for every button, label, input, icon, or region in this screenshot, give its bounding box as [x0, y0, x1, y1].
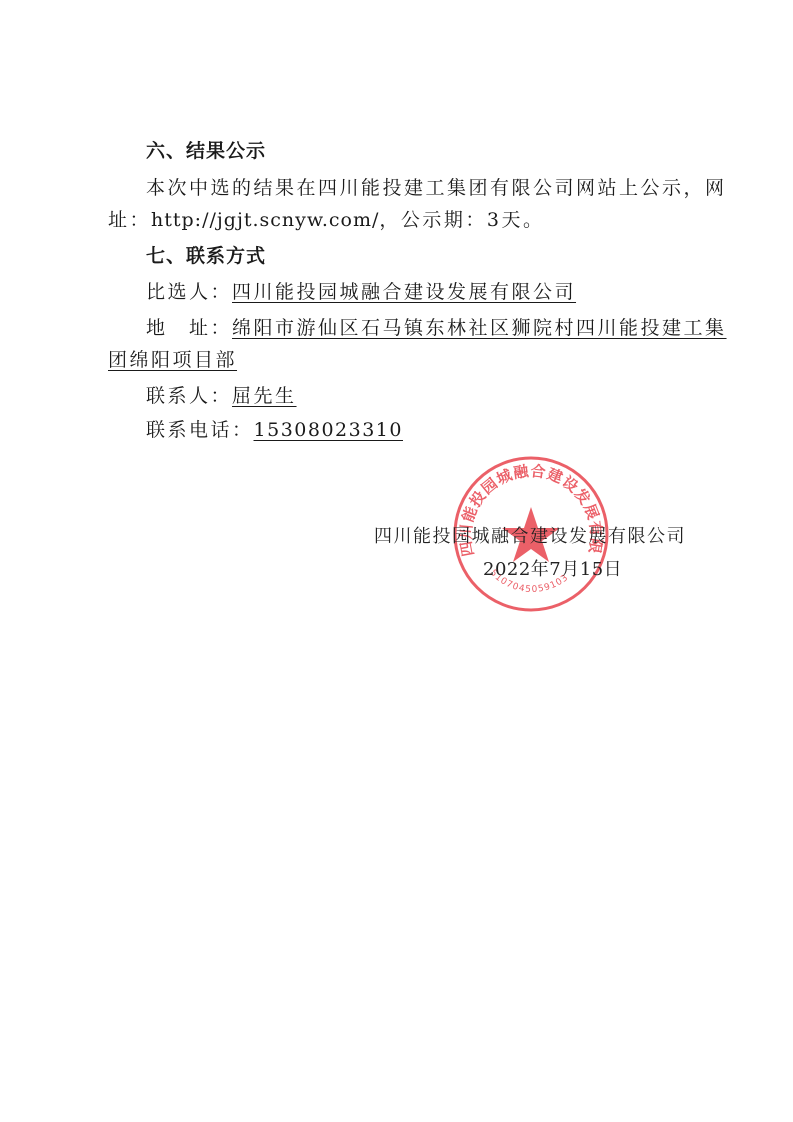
website-url[interactable]: http://jgjt.scnyw.com/ — [151, 209, 379, 231]
address-row-continued: 团绵阳项目部 — [108, 348, 237, 372]
publicity-period: ，公示期：3天。 — [379, 209, 544, 231]
contact-label: 联系人： — [146, 385, 232, 407]
signature-date: 2022年7月15日 — [483, 555, 622, 581]
selector-label: 比选人： — [146, 281, 232, 303]
contact-row: 联系人：屈先生 — [146, 384, 297, 408]
selector-row: 比选人：四川能投园城融合建设发展有限公司 — [146, 280, 576, 304]
address-label: 地 址： — [146, 317, 232, 339]
section6-paragraph-line1: 本次中选的结果在四川能投建工集团有限公司网站上公示，网 — [146, 176, 727, 200]
phone-label: 联系电话： — [146, 419, 254, 441]
address-prefix: 址： — [108, 209, 151, 231]
section6-heading: 六、结果公示 — [146, 139, 266, 163]
contact-value: 屈先生 — [232, 385, 297, 407]
phone-row: 联系电话：15308023310 — [146, 418, 403, 442]
section7-heading: 七、联系方式 — [146, 244, 266, 268]
section6-paragraph-line2: 址：http://jgjt.scnyw.com/，公示期：3天。 — [108, 208, 545, 232]
signature-company: 四川能投园城融合建设发展有限公司 — [374, 522, 686, 548]
address-value-line1: 绵阳市游仙区石马镇东林社区狮院村四川能投建工集 — [232, 317, 727, 339]
address-value-line2: 团绵阳项目部 — [108, 349, 237, 371]
address-row: 地 址：绵阳市游仙区石马镇东林社区狮院村四川能投建工集 — [146, 316, 727, 340]
phone-value: 15308023310 — [254, 419, 403, 441]
selector-value: 四川能投园城融合建设发展有限公司 — [232, 281, 576, 303]
